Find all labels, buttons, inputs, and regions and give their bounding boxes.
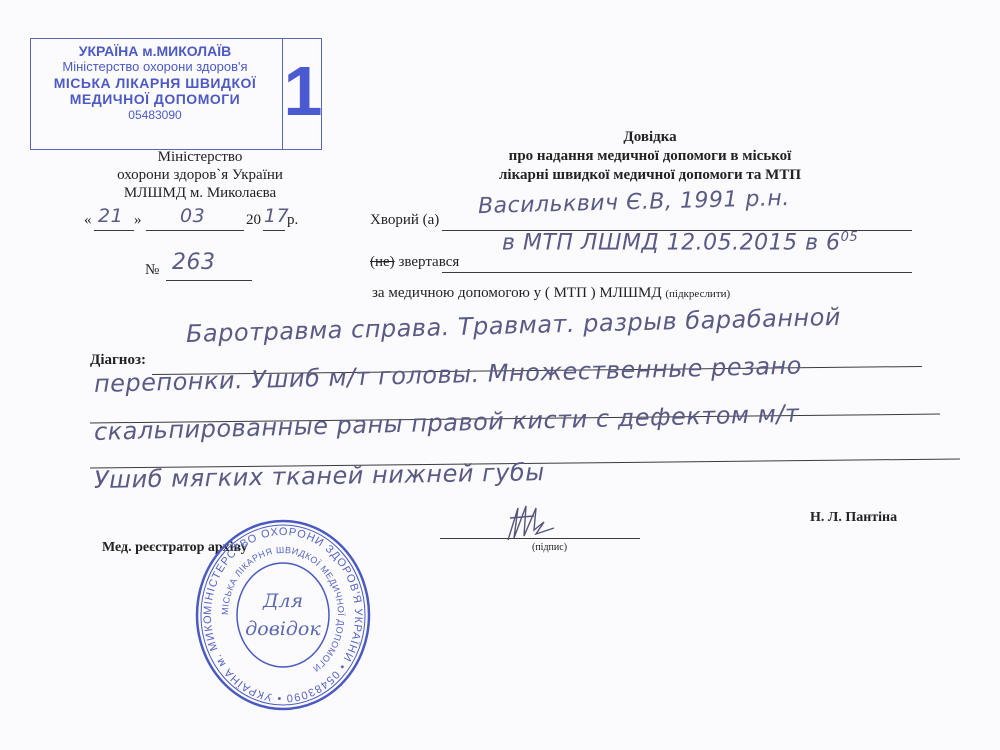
stamp-code: 05483090 [31, 107, 279, 123]
date-suffix: р. [287, 212, 298, 229]
diagnosis-label: Діагноз: [90, 352, 146, 369]
signature-scribble-icon [498, 500, 578, 548]
round-stamp-seal-icon: МІНІСТЕРСТВО ОХОРОНИ ЗДОРОВ'Я УКРАЇНИ • … [193, 515, 373, 715]
diagnosis-line-2: перепонки. Ушиб м/т головы. Множественны… [94, 351, 803, 398]
date-open-quote: « [84, 212, 92, 229]
date-year-prefix: 20 [246, 212, 261, 229]
doc-number-label: № [145, 262, 159, 279]
assistance-text: за медичною допомогою у ( МТП ) МЛШМД [372, 285, 662, 301]
diagnosis-line-4: Ушиб мягких тканей нижней губы [94, 458, 545, 494]
issuer-ministry-country: охорони здоров`я України [70, 166, 330, 184]
applied-time-minutes: 05 [841, 230, 859, 245]
patient-label: Хворий (а) [370, 212, 439, 229]
assistance-note: (підкреслити) [665, 288, 730, 300]
registrar-name: Н. Л. Пантіна [810, 510, 897, 526]
title-line2: про надання медичної допомоги в міської [470, 147, 830, 166]
issuer-block: Міністерство охорони здоров`я України МЛ… [70, 148, 330, 202]
applied-value-text: в МТП ЛШМД 12.05.2015 в 6 [502, 230, 841, 255]
date-day: 21 [98, 205, 123, 227]
applied-prefix-struck: (не) [370, 254, 395, 270]
stamp-ministry: Міністерство охорони здоров'я [31, 59, 279, 75]
patient-value: Васильквич Є.В, 1991 р.н. [478, 186, 790, 219]
applied-value: в МТП ЛШМД 12.05.2015 в 605 [502, 230, 858, 255]
registration-stamp: УКРАЇНА м.МИКОЛАЇВ Міністерство охорони … [30, 38, 322, 150]
date-year-suffix: 17 [264, 205, 289, 227]
applied-label: (не) звертався [370, 254, 459, 271]
registration-stamp-text: УКРАЇНА м.МИКОЛАЇВ Міністерство охорони … [31, 43, 279, 123]
applied-label-text: звертався [398, 254, 459, 270]
diagnosis-line-3: скальпированные раны правой кисти с дефе… [94, 400, 800, 446]
date-month: 03 [180, 205, 205, 227]
title-line3: лікарні швидкої медичної допомоги та МТП [470, 166, 830, 185]
stamp-number: 1 [283, 41, 323, 141]
doc-number: 263 [172, 250, 216, 275]
date-close-quote: » [134, 212, 142, 229]
round-stamp: МІНІСТЕРСТВО ОХОРОНИ ЗДОРОВ'Я УКРАЇНИ • … [193, 515, 373, 715]
document-title: Довідка про надання медичної допомоги в … [470, 128, 830, 185]
stamp-hospital-line1: МІСЬКА ЛІКАРНЯ ШВИДКОЇ [31, 75, 279, 91]
stamp-country-city: УКРАЇНА м.МИКОЛАЇВ [31, 43, 279, 59]
issuer-ministry: Міністерство [70, 148, 330, 166]
issuer-hospital: МЛШМД м. Миколаєва [70, 184, 330, 202]
diagnosis-line-1: Баротравма справа. Травмат. разрыв бараб… [186, 303, 842, 348]
stamp-hospital-line2: МЕДИЧНОЇ ДОПОМОГИ [31, 91, 279, 107]
round-stamp-center-line1: Для [262, 590, 303, 612]
title-main: Довідка [470, 128, 830, 147]
round-stamp-center-line2: довідок [245, 618, 321, 640]
assistance-line: за медичною допомогою у ( МТП ) МЛШМД (п… [372, 285, 730, 302]
